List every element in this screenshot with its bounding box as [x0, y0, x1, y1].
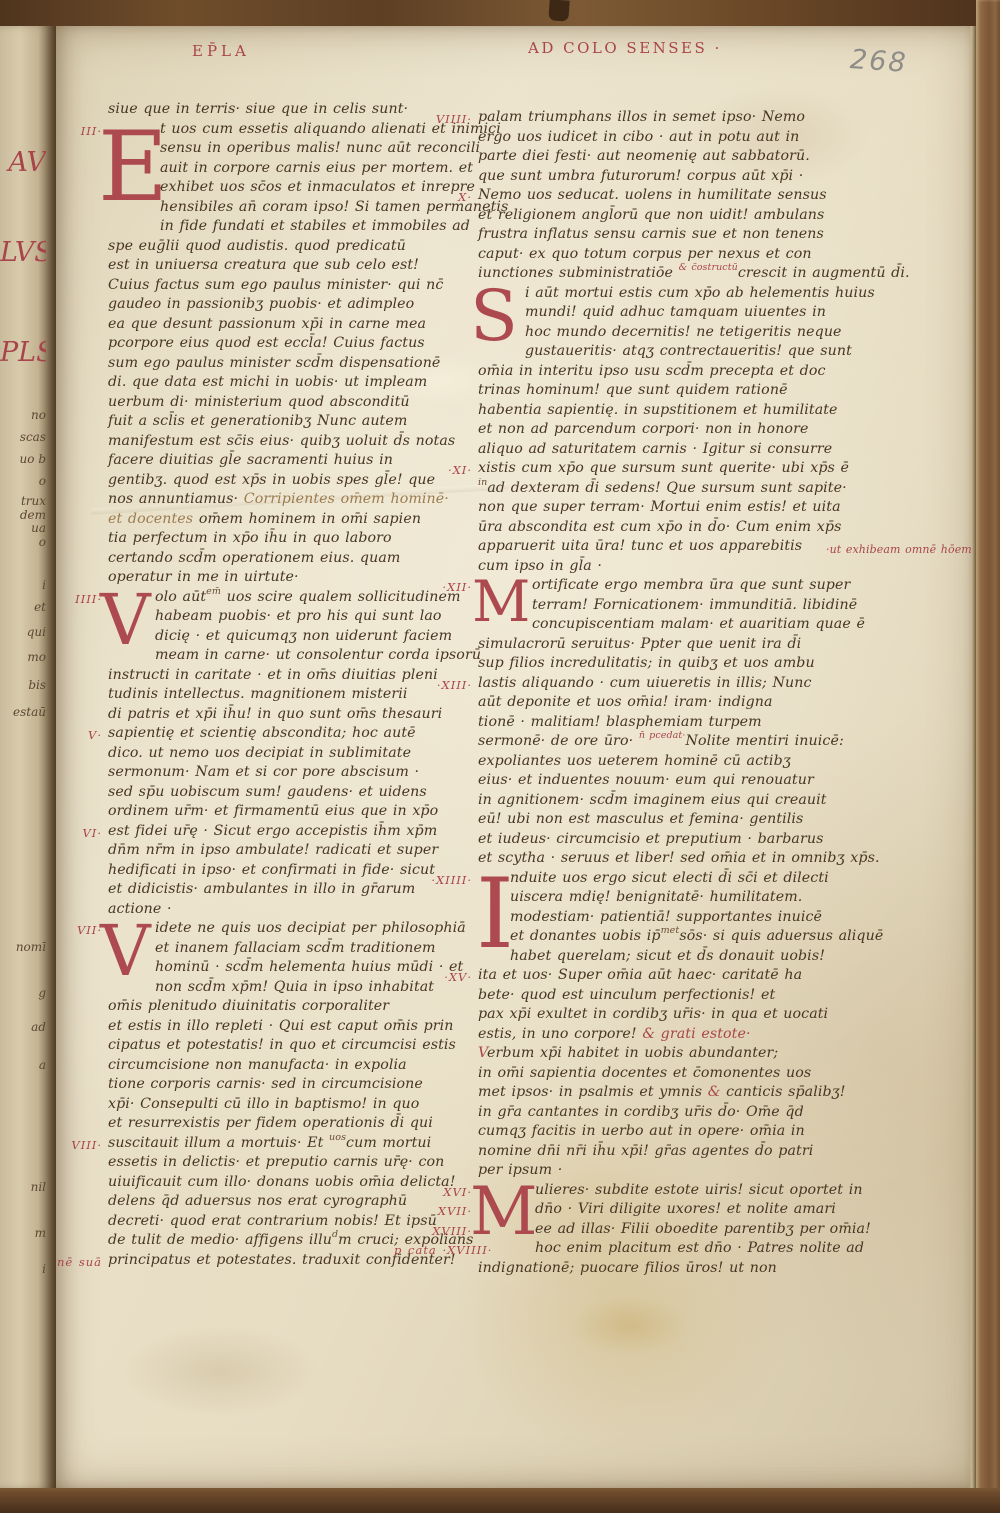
text-line: eū! ubi non est masculus et femina· gent… — [478, 810, 840, 830]
text-run: dn̄o · Viri diligite uxores! et nolite a… — [535, 1201, 836, 1217]
text-line: XVI·ulieres· subdite estote uiris! sicut… — [478, 1181, 840, 1201]
text-line: i aūt mortui estis cum xp̄o ab helementi… — [478, 284, 840, 304]
text-run: xistis cum xp̄o que sursum sunt querite·… — [478, 460, 849, 476]
text-block: Verbum xp̄i habitet in uobis abundanter;… — [478, 1044, 840, 1181]
text-line: X·Nemo uos seducat. uolens in humilitate… — [478, 186, 840, 206]
interlinear-gloss: n̄ pcedat· — [639, 730, 686, 741]
text-run: gaudeo in passionibʒ puobis· et adimpleo — [108, 296, 414, 312]
spine-text-fragment: et — [0, 600, 46, 614]
text-run: indignationē; puocare filios ūros! ut no… — [478, 1260, 777, 1276]
text-line: in gr̄a cantantes in cordibʒ ur̄is d̄o· … — [478, 1103, 840, 1123]
text-run: manifestum est sc̄is eius· quibʒ uoluit … — [108, 433, 455, 449]
spine-text-fragment: i — [0, 578, 46, 592]
text-run: terram! Fornicationem· immunditiā. libid… — [532, 597, 857, 613]
text-run: sensu in operibus malis! nunc aūt reconc… — [160, 140, 480, 156]
spine-text-fragment: mo — [0, 650, 46, 664]
text-line: pcorpore eius quod est eccl̄a! Cuius fac… — [108, 334, 453, 354]
text-line: et scytha · seruus et liber! sed om̄ia e… — [478, 849, 840, 869]
text-line: meam in carne· ut consolentur corda ipso… — [108, 646, 453, 666]
text-line: tia perfectum in xp̄o ih̄u in quo laboro — [108, 529, 453, 549]
text-line: in fide fundati et stabiles et immobiles… — [108, 217, 453, 237]
binding-strap — [548, 0, 569, 22]
text-line: eius· et induentes nouum· eum qui renoua… — [478, 771, 840, 791]
text-run: i aūt mortui estis cum xp̄o ab helementi… — [525, 285, 875, 301]
text-run: ee ad illas· Filii oboedite parentibʒ pe… — [535, 1221, 871, 1237]
text-run: ad dexteram d̄i sedens! Que sursum sunt … — [487, 480, 846, 496]
text-run: gustaueritis· atqʒ contrectaueritis! que… — [525, 343, 852, 359]
text-run: facere diuitias gl̄e sacramenti huius in — [108, 452, 393, 468]
text-run: erbum xp̄i habitet in uobis abundanter; — [487, 1045, 778, 1061]
chapter-numeral: XVII· — [394, 1202, 472, 1222]
text-run: trinas hominum! que sunt quidem rationē — [478, 382, 788, 398]
text-run: sermonum· Nam et si cor pore abscisum · — [108, 764, 419, 780]
text-run: sum ego paulus minister scd̄m dispensati… — [108, 355, 440, 371]
parchment-stain — [570, 1296, 690, 1356]
text-line: habeam puobis· et pro his qui sunt lao — [108, 607, 453, 627]
text-line: ·XV·ita et uos· Super om̄ia aūt haec· ca… — [478, 966, 840, 986]
text-run: nduite uos ergo sicut electi d̄i sc̄i et… — [510, 870, 829, 886]
spine-text-fragment: nil — [0, 1180, 46, 1194]
text-line: non que super terram· Mortui enim estis!… — [478, 498, 840, 518]
text-run: et religionem angl̄orū que non uidit! am… — [478, 207, 824, 223]
spine-text-fragment: m — [0, 1226, 46, 1240]
text-line: om̄ia in interitu ipso usu scd̄m precept… — [478, 362, 840, 382]
text-run: V — [478, 1045, 487, 1061]
text-line: circumcisione non manufacta· in expolia — [108, 1056, 453, 1076]
text-line: terram! Fornicationem· immunditiā. libid… — [478, 596, 840, 616]
text-line: bete· quod est uinculum perfectionis! et — [478, 986, 840, 1006]
text-run: uiscera mdię! benignitatē· humilitatem. — [510, 889, 802, 905]
text-line: et inanem fallaciam scd̄m traditionem — [108, 939, 453, 959]
text-line: ordinem ur̄m· et firmamentū eius que in … — [108, 802, 453, 822]
text-run: auit in corpore carnis eius per mortem. … — [160, 160, 473, 176]
text-line: parte diei festi· aut neomenię aut sabba… — [478, 147, 840, 167]
text-run: in om̄i sapientia docentes et c̄omonente… — [478, 1065, 811, 1081]
text-block: VIIII·palam triumphans illos in semet ip… — [478, 108, 840, 284]
text-run: frustra inflatus sensu carnis sue et non… — [478, 226, 824, 242]
interlinear-gloss: met — [661, 925, 680, 936]
text-line: om̄is plenitudo diuinitatis corporaliter — [108, 997, 453, 1017]
text-run: parte diei festi· aut neomenię aut sabba… — [478, 148, 810, 164]
text-run: in fide fundati et stabiles et immobiles… — [160, 218, 470, 234]
text-block: I·XIIII·nduite uos ergo sicut electi d̄i… — [478, 869, 840, 1045]
text-run: lastis aliquando · cum uiueretis in illi… — [478, 675, 812, 691]
text-line: ergo uos iudicet in cibo · aut in potu a… — [478, 128, 840, 148]
chapter-numeral: XVIII· — [394, 1222, 472, 1242]
text-line: dicię · et quicumqʒ non uiderunt faciem — [108, 627, 453, 647]
text-run: om̄ia in interitu ipso usu scd̄m precept… — [478, 363, 826, 379]
chapter-numeral: ·XIII· — [394, 676, 472, 696]
text-line: VIII·suscitauit illum a mortuis· Et uosc… — [108, 1134, 453, 1154]
text-line: aūt deponite et uos om̄ia! iram· indigna — [478, 693, 840, 713]
spine-text-fragment: i — [0, 1262, 46, 1276]
text-run: et inanem fallaciam scd̄m traditionem — [155, 940, 436, 956]
text-run: dn̄m nr̄m in ipso ambulate! radicati et … — [108, 842, 438, 858]
text-line: et resurrexistis per fidem operationis d… — [108, 1114, 453, 1134]
text-run: mundi! quid adhuc tamquam uiuentes in — [525, 304, 826, 320]
text-run: cumqʒ facitis in uerbo aut in opere· om̄… — [478, 1123, 805, 1139]
text-line: auit in corpore carnis eius per mortem. … — [108, 159, 453, 179]
text-run: non scd̄m xp̄m! Quia in ipso inhabitat — [155, 979, 434, 995]
text-line: ea que desunt passionum xp̄i in carne me… — [108, 315, 453, 335]
text-line: p cata ·XVIIII·hoc enim placitum est dn̄… — [478, 1239, 840, 1259]
text-line: ·XI·xistis cum xp̄o que sursum sunt quer… — [478, 459, 840, 479]
text-run: Nemo uos seducat. uolens in humilitate s… — [478, 187, 827, 203]
text-run: crescit in augmentū d̄i. — [738, 265, 910, 281]
text-line: dn̄m nr̄m in ipso ambulate! radicati et … — [108, 841, 453, 861]
interlinear-gloss: uos — [329, 1132, 346, 1143]
text-run: apparuerit uita ūra! tunc et uos appareb… — [478, 538, 802, 554]
text-run: caput· ex quo totum corpus per nexus et … — [478, 246, 812, 262]
text-run: Nolite mentiri inuicē: — [685, 733, 843, 749]
spine-text-fragment: o — [0, 474, 46, 488]
text-run: aliquo ad saturitatem carnis · Igitur si… — [478, 441, 832, 457]
text-line: sum ego paulus minister scd̄m dispensati… — [108, 354, 453, 374]
text-run: eius· et induentes nouum· eum qui renoua… — [478, 772, 814, 788]
chapter-numeral: VIIII· — [394, 110, 472, 130]
text-run: habeam puobis· et pro his qui sunt lao — [155, 608, 442, 624]
running-title-epistle: EP̄LA — [192, 42, 250, 60]
text-line: est in uniuersa creatura que sub celo es… — [108, 256, 453, 276]
text-run: sup filios incredulitatis; in quibʒ et u… — [478, 655, 815, 671]
text-line: sensu in operibus malis! nunc aūt reconc… — [108, 139, 453, 159]
text-line: sed sp̄u uobiscum sum! gaudens· et uiden… — [108, 783, 453, 803]
text-run: sermonē· de ore ūro· — [478, 733, 639, 749]
text-line: et donantes uobis ip̄metsōs· si quis adu… — [478, 927, 840, 947]
text-run: certando scd̄m operationem eius. quam — [108, 550, 400, 566]
text-line: Cuius factus sum ego paulus minister· qu… — [108, 276, 453, 296]
text-run: eū! ubi non est masculus et femina· gent… — [478, 811, 803, 827]
text-run: habet querelam; sicut et d̄s donauit uob… — [510, 948, 825, 964]
previous-folio-edge: AVLVSPLSnoscasuo botruxdemuaoietquimobis… — [0, 26, 56, 1488]
text-line: in agnitionem· scd̄m imaginem eius qui c… — [478, 791, 840, 811]
text-run: ordinem ur̄m· et firmamentū eius que in … — [108, 803, 438, 819]
text-line: ·XIIII·nduite uos ergo sicut electi d̄i … — [478, 869, 840, 889]
text-line: habet querelam; sicut et d̄s donauit uob… — [478, 947, 840, 967]
chapter-numeral: XVI· — [394, 1183, 472, 1203]
text-line: iunctiones subministratiōe & c̄ostructūc… — [478, 264, 840, 284]
spine-text-fragment: ua — [0, 521, 46, 535]
text-line: cipatus et potestatis! in quo et circumc… — [108, 1036, 453, 1056]
text-run: om̄is plenitudo diuinitatis corporaliter — [108, 998, 389, 1014]
text-line: tione corporis carnis· sed in circumcisi… — [108, 1075, 453, 1095]
text-line: cumqʒ facitis in uerbo aut in opere· om̄… — [478, 1122, 840, 1142]
spine-text-fragment: o — [0, 535, 46, 549]
text-run: et scytha · seruus et liber! sed om̄ia e… — [478, 850, 880, 866]
spine-text-fragment: estaū — [0, 705, 46, 719]
text-run: instructi in caritate · et in om̄s diuit… — [108, 667, 438, 683]
text-run: om̄em hominem in om̄i sapien — [199, 511, 421, 527]
text-line: hoc mundo decernitis! ne tetigeritis neq… — [478, 323, 840, 343]
chapter-numeral: p cata ·XVIIII· — [394, 1241, 472, 1261]
text-run: spe euḡlii quod audistis. quod predicat… — [108, 238, 406, 254]
text-run: nos annuntiamus· — [108, 491, 244, 507]
text-run: sōs· si quis aduersus aliquē — [679, 928, 883, 944]
text-line: ·XIII·lastis aliquando · cum uiueretis i… — [478, 674, 840, 694]
running-title-colossians: AD COLO SENSES · — [528, 39, 722, 57]
text-block: MXVI·ulieres· subdite estote uiris! sicu… — [478, 1181, 840, 1279]
text-line: gustaueritis· atqʒ contrectaueritis! que… — [478, 342, 840, 362]
text-run: ortificate ergo membra ūra que sunt supe… — [532, 577, 850, 593]
text-line: xp̄i· Consepulti cū illo in baptismo! in… — [108, 1095, 453, 1115]
text-line: et non ad parcendum corpori· non in hono… — [478, 420, 840, 440]
text-line: actione · — [108, 900, 453, 920]
text-run: ergo uos iudicet in cibo · aut in potu a… — [478, 129, 799, 145]
text-line: pax xp̄i exultet in cordibʒ ur̄is· in qu… — [478, 1005, 840, 1025]
binding-right-edge — [976, 0, 1000, 1513]
spine-text-fragment: bis — [0, 678, 46, 692]
text-run: di patris et xp̄i ih̄u! in quo sunt om̄s… — [108, 706, 442, 722]
binding-bottom-edge — [0, 1488, 1000, 1513]
text-line: et estis in illo repleti · Qui est caput… — [108, 1017, 453, 1037]
text-run: et donantes uobis ip̄ — [510, 928, 661, 944]
text-run: uerbum di· ministerium quod absconditū — [108, 394, 410, 410]
text-line: et religionem angl̄orū que non uidit! am… — [478, 206, 840, 226]
text-line: XVIII·ee ad illas· Filii oboedite parent… — [478, 1220, 840, 1240]
chapter-numeral: X· — [394, 188, 472, 208]
text-block: VIIII·olo aūtem̄ uos scire qualem sollic… — [108, 588, 453, 920]
text-line: et iudeus· circumcisio et preputium · ba… — [478, 830, 840, 850]
text-run: tudinis intellectus. magnitionem misteri… — [108, 686, 408, 702]
text-line: VII·idete ne quis uos decipiat per philo… — [108, 919, 453, 939]
folio-number: 268 — [849, 44, 909, 79]
text-run: in gr̄a cantantes in cordibʒ ur̄is d̄o· … — [478, 1104, 804, 1120]
text-line: mundi! quid adhuc tamquam uiuentes in — [478, 303, 840, 323]
text-run: canticis sp̄alibʒ! — [721, 1084, 846, 1100]
binding-top-edge — [0, 0, 1000, 26]
text-line: caput· ex quo totum corpus per nexus et … — [478, 245, 840, 265]
text-run: concupiscentiam malam· et auaritiam quae… — [532, 616, 865, 632]
text-run: pcorpore eius quod est eccl̄a! Cuius fac… — [108, 335, 425, 351]
text-run: hoc mundo decernitis! ne tetigeritis neq… — [525, 324, 842, 340]
text-line: nos annuntiamus· Corripientes om̄em homi… — [108, 490, 453, 510]
chapter-numeral: ·XV· — [394, 968, 472, 988]
text-line: certando scd̄m operationem eius. quam — [108, 549, 453, 569]
text-run: & grati estote· — [642, 1026, 750, 1042]
text-run: essetis in delictis· et preputio carnis … — [108, 1154, 444, 1170]
text-run: olo aūt — [155, 589, 206, 605]
text-run: estis, in uno corpore! — [478, 1026, 642, 1042]
text-line: expoliantes uos ueterem hominē cū actibʒ — [478, 752, 840, 772]
text-run: aūt deponite et uos om̄ia! iram· indigna — [478, 694, 773, 710]
text-line: dico. ut nemo uos decipiat in sublimitat… — [108, 744, 453, 764]
text-run: & — [708, 1084, 721, 1100]
text-line: cum ipso in gl̄a · — [478, 557, 840, 577]
text-column-right: VIIII·palam triumphans illos in semet ip… — [478, 108, 840, 1278]
text-line: uerbum di· ministerium quod absconditū — [108, 393, 453, 413]
text-run: et non ad parcendum corpori· non in hono… — [478, 421, 808, 437]
text-run: Corripientes om̄em hominē· — [244, 491, 449, 507]
text-run: palam triumphans illos in semet ipso· Ne… — [478, 109, 805, 125]
text-run: fuit a scl̄is et generationibʒ Nunc aute… — [108, 413, 407, 429]
text-line: gaudeo in passionibʒ puobis· et adimpleo — [108, 295, 453, 315]
spine-text-fragment: no — [0, 408, 46, 422]
text-line: V·sapientię et scientię abscondita; hoc … — [108, 724, 453, 744]
text-run: tia perfectum in xp̄o ih̄u in quo laboro — [108, 530, 392, 546]
text-line: indignationē; puocare filios ūros! ut no… — [478, 1259, 840, 1279]
text-run: que sunt umbra futurorum! corpus aūt xp̄… — [478, 168, 803, 184]
text-line: met ipsos· in psalmis et ymnis & cantici… — [478, 1083, 840, 1103]
interlinear-gloss: in — [478, 477, 487, 488]
text-run: tionē · malitiam! blasphemiam turpem — [478, 714, 762, 730]
text-block: M·XII·ortificate ergo membra ūra que sun… — [478, 576, 840, 869]
parchment-stain — [120, 1326, 320, 1416]
text-line: sermonum· Nam et si cor pore abscisum · — [108, 763, 453, 783]
interlinear-gloss: & c̄ostructū — [679, 262, 738, 273]
text-run: bete· quod est uinculum perfectionis! et — [478, 987, 775, 1003]
text-run: in agnitionem· scd̄m imaginem eius qui c… — [478, 792, 827, 808]
text-line: simulacrorū seruitus· Ppter que uenit ir… — [478, 635, 840, 655]
text-line: essetis in delictis· et preputio carnis … — [108, 1153, 453, 1173]
text-run: habentia sapientię. in supstitionem et h… — [478, 402, 838, 418]
text-run: hoc enim placitum est dn̄o · Patres noli… — [535, 1240, 864, 1256]
text-run: delens q̄d aduersus nos erat cyrographū — [108, 1193, 407, 1209]
spine-text-fragment: qui — [0, 625, 46, 639]
text-line: manifestum est sc̄is eius· quibʒ uoluit … — [108, 432, 453, 452]
spine-text-fragment: AV — [0, 148, 46, 178]
text-line: estis, in uno corpore! & grati estote· — [478, 1025, 840, 1045]
text-run: idete ne quis uos decipiat per philosoph… — [155, 920, 466, 936]
spine-text-fragment: LVS — [0, 238, 46, 268]
text-run: gentibʒ. quod est xp̄s in uobis spes gl̄… — [108, 472, 435, 488]
interlinear-gloss: d — [332, 1229, 338, 1240]
text-line: frustra inflatus sensu carnis sue et non… — [478, 225, 840, 245]
spine-text-fragment: g — [0, 986, 46, 1000]
interlinear-gloss: em̄ — [206, 586, 221, 597]
text-line: di patris et xp̄i ih̄u! in quo sunt om̄s… — [108, 705, 453, 725]
text-run: sed sp̄u uobiscum sum! gaudens· et uiden… — [108, 784, 427, 800]
text-run: cipatus et potestatis! in quo et circumc… — [108, 1037, 456, 1053]
text-line: ·XII·ortificate ergo membra ūra que sunt… — [478, 576, 840, 596]
text-run: ulieres· subdite estote uiris! sicut opo… — [535, 1182, 863, 1198]
text-line: ūra abscondita est cum xp̄o in d̄o· Cum … — [478, 518, 840, 538]
text-run: nomine dn̄i nr̄i ih̄u xp̄i! gr̄as agente… — [478, 1143, 813, 1159]
text-run: xp̄i· Consepulti cū illo in baptismo! in… — [108, 1096, 419, 1112]
text-line: XVII·dn̄o · Viri diligite uxores! et nol… — [478, 1200, 840, 1220]
chapter-numeral: ·XIIII· — [394, 871, 472, 891]
text-line: nomine dn̄i nr̄i ih̄u xp̄i! gr̄as agente… — [478, 1142, 840, 1162]
text-line: uiscera mdię! benignitatē· humilitatem. — [478, 888, 840, 908]
spine-text-fragment: PLS — [0, 338, 46, 368]
text-run: ūra abscondita est cum xp̄o in d̄o· Cum … — [478, 519, 841, 535]
chapter-numeral: ·XII· — [394, 578, 472, 598]
text-run: tione corporis carnis· sed in circumcisi… — [108, 1076, 423, 1092]
text-run: dico. ut nemo uos decipiat in sublimitat… — [108, 745, 411, 761]
text-run: et iudeus· circumcisio et preputium · ba… — [478, 831, 823, 847]
text-run: simulacrorū seruitus· Ppter que uenit ir… — [478, 636, 801, 652]
text-run: et resurrexistis per fidem operationis d… — [108, 1115, 433, 1131]
spine-text-fragment: trux — [0, 494, 46, 508]
text-run: met ipsos· in psalmis et ymnis — [478, 1084, 708, 1100]
spine-text-fragment: uo b — [0, 452, 46, 466]
text-run: et estis in illo repleti · Qui est caput… — [108, 1018, 454, 1034]
text-line: que sunt umbra futurorum! corpus aūt xp̄… — [478, 167, 840, 187]
spine-text-fragment: scas — [0, 430, 46, 444]
text-block: Cuius factus sum ego paulus minister· qu… — [108, 276, 453, 588]
text-run: decreti· quod erat contrarium nobis! Et … — [108, 1213, 437, 1229]
spine-text-fragment: ad — [0, 1020, 46, 1034]
text-line: inad dexteram d̄i sedens! Que sursum sun… — [478, 479, 840, 499]
text-run: suscitauit illum a mortuis· Et — [108, 1135, 329, 1151]
text-line: sup filios incredulitatis; in quibʒ et u… — [478, 654, 840, 674]
text-run: meam in carne· ut consolentur corda ipso… — [155, 647, 481, 663]
text-line: trinas hominum! que sunt quidem rationē — [478, 381, 840, 401]
spine-text-fragment: dem — [0, 508, 46, 522]
text-run: est fidei ur̄ę · Sicut ergo accepistis i… — [108, 823, 437, 839]
text-run: ea que desunt passionum xp̄i in carne me… — [108, 316, 426, 332]
text-line: VI·est fidei ur̄ę · Sicut ergo accepisti… — [108, 822, 453, 842]
text-line: spe euḡlii quod audistis. quod predicat… — [108, 237, 453, 257]
text-run: dicię · et quicumqʒ non uiderunt faciem — [155, 628, 452, 644]
text-line: apparuerit uita ūra! tunc et uos appareb… — [478, 537, 840, 557]
text-run: expoliantes uos ueterem hominē cū actibʒ — [478, 753, 791, 769]
text-line: habentia sapientię. in supstitionem et h… — [478, 401, 840, 421]
text-run: non que super terram· Mortui enim estis!… — [478, 499, 841, 515]
text-run: est in uniuersa creatura que sub celo es… — [108, 257, 419, 273]
text-line: in om̄i sapientia docentes et c̄omonente… — [478, 1064, 840, 1084]
text-run: pax xp̄i exultet in cordibʒ ur̄is· in qu… — [478, 1006, 828, 1022]
text-line: et docentes om̄em hominem in om̄i sapien — [108, 510, 453, 530]
page-stack-edge — [969, 26, 976, 1488]
text-run: cum mortui — [346, 1135, 431, 1151]
text-run: circumcisione non manufacta· in expolia — [108, 1057, 407, 1073]
margin-gloss: ·ut exhibeam omnē hōem — [826, 540, 972, 560]
text-line: di. que data est michi in uobis· ut impl… — [108, 373, 453, 393]
text-run: modestiam· patientiā! supportantes inuic… — [510, 909, 822, 925]
text-line: fuit a scl̄is et generationibʒ Nunc aute… — [108, 412, 453, 432]
text-line: sermonē· de ore ūro· n̄ pcedat·Nolite me… — [478, 732, 840, 752]
text-run: Cuius factus sum ego paulus minister· qu… — [108, 277, 443, 293]
chapter-numeral: ·XI· — [394, 461, 472, 481]
text-run: et didicistis· ambulantes in illo in gr̄… — [108, 881, 415, 897]
parchment-page: EP̄LA AD COLO SENSES · 268 siue que in t… — [50, 26, 976, 1488]
spine-text-fragment: nomī — [0, 940, 46, 954]
text-line: aliquo ad saturitatem carnis · Igitur si… — [478, 440, 840, 460]
text-run: de tulit de medio· affigens illu — [108, 1232, 332, 1248]
text-run: di. que data est michi in uobis· ut impl… — [108, 374, 427, 390]
text-run: hedificati in ipso· et confirmati in fid… — [108, 862, 435, 878]
spine-text-fragment: a — [0, 1058, 46, 1072]
text-block: Si aūt mortui estis cum xp̄o ab helement… — [478, 284, 840, 577]
text-line: Verbum xp̄i habitet in uobis abundanter; — [478, 1044, 840, 1064]
text-line: modestiam· patientiā! supportantes inuic… — [478, 908, 840, 928]
text-line: VIIII·palam triumphans illos in semet ip… — [478, 108, 840, 128]
text-run: et docentes — [108, 511, 199, 527]
text-run: ita et uos· Super om̄ia aūt haec· carita… — [478, 967, 802, 983]
text-line: concupiscentiam malam· et auaritiam quae… — [478, 615, 840, 635]
text-run: sapientię et scientię abscondita; hoc au… — [108, 725, 416, 741]
